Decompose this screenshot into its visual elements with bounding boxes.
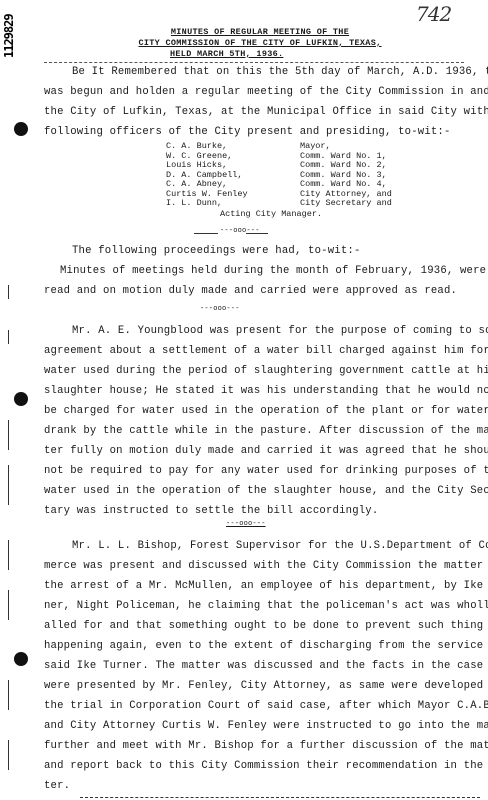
bishop-line: happening again, even to the extent of d… (44, 640, 488, 652)
margin-mark (8, 590, 9, 620)
minutes-line: Minutes of meetings held during the mont… (60, 265, 486, 277)
document-page: 1129829 742 MINUTES OF REGULAR MEETING O… (0, 0, 488, 800)
youngblood-line: be charged for water used in the operati… (44, 405, 488, 417)
heading-line-1: MINUTES OF REGULAR MEETING OF THE (130, 27, 390, 37)
margin-mark (8, 285, 9, 299)
punch-hole-icon (14, 652, 28, 666)
youngblood-line: slaughter house; He stated it was his un… (44, 385, 488, 397)
minutes-line: read and on motion duly made and carried… (44, 285, 457, 297)
acting-title: Acting City Manager. (220, 209, 322, 219)
bishop-line: the trial in Corporation Court of said c… (44, 700, 488, 712)
separator-rule (194, 233, 218, 234)
bishop-line: were presented by Mr. Fenley, City Attor… (44, 680, 488, 692)
intro-line: was begun and holden a regular meeting o… (44, 86, 488, 98)
margin-mark (8, 420, 9, 450)
bishop-line: the arrest of a Mr. McMullen, an employe… (44, 580, 488, 592)
punch-hole-icon (14, 392, 28, 406)
bishop-line: and report back to this City Commission … (44, 760, 488, 772)
youngblood-line: not be required to pay for any water use… (44, 465, 488, 477)
heading-divider (44, 62, 464, 65)
separator: ---ooo--- (226, 520, 266, 528)
youngblood-line: agreement about a settlement of a water … (44, 345, 488, 357)
margin-mark (8, 680, 9, 710)
margin-mark (8, 540, 9, 570)
bishop-line: ter. (44, 780, 70, 792)
youngblood-line: Mr. A. E. Youngblood was present for the… (72, 325, 488, 337)
bishop-line: further and meet with Mr. Bishop for a f… (44, 740, 488, 752)
margin-mark (8, 740, 9, 770)
officers-list: C. A. Burke,Mayor, W. C. Greene,Comm. Wa… (166, 142, 392, 209)
bishop-line: ner, Night Policeman, he claiming that t… (44, 600, 488, 612)
margin-mark (8, 465, 9, 505)
heading-line-2: CITY COMMISSION OF THE CITY OF LUFKIN, T… (130, 38, 390, 48)
punch-hole-icon (14, 122, 28, 136)
bishop-line: alled for and that something ought to be… (44, 620, 483, 632)
margin-mark (8, 330, 9, 344)
youngblood-line: ter fully on motion duly made and carrie… (44, 445, 488, 457)
bishop-line: said Ike Turner. The matter was discusse… (44, 660, 483, 672)
heading-line-3: HELD MARCH 5TH, 1936. (170, 49, 430, 59)
officer-row: I. L. Dunn,City Secretary and (166, 199, 392, 209)
page-number: 742 (416, 2, 451, 26)
separator-rule (246, 233, 268, 234)
separator: ---ooo--- (200, 305, 240, 313)
bishop-line: and City Attorney Curtis W. Fenley were … (44, 720, 488, 732)
youngblood-line: tary was instructed to settle the bill a… (44, 505, 378, 517)
intro-line: following officers of the City present a… (44, 126, 451, 138)
youngblood-line: drank by the cattle while in the pasture… (44, 425, 488, 437)
intro-line: Be It Remembered that on this the 5th da… (72, 66, 488, 78)
intro-line: the City of Lufkin, Texas, at the Munici… (44, 106, 488, 118)
bishop-line: merce was present and discussed with the… (44, 560, 488, 572)
youngblood-line: water used during the period of slaughte… (44, 365, 488, 377)
youngblood-line: water used in the operation of the slaug… (44, 485, 488, 497)
footer-divider (80, 797, 480, 799)
document-stamp-number: 1129829 (2, 12, 20, 58)
proceedings-intro: The following proceedings were had, to-w… (72, 245, 361, 257)
bishop-line: Mr. L. L. Bishop, Forest Supervisor for … (72, 540, 488, 552)
